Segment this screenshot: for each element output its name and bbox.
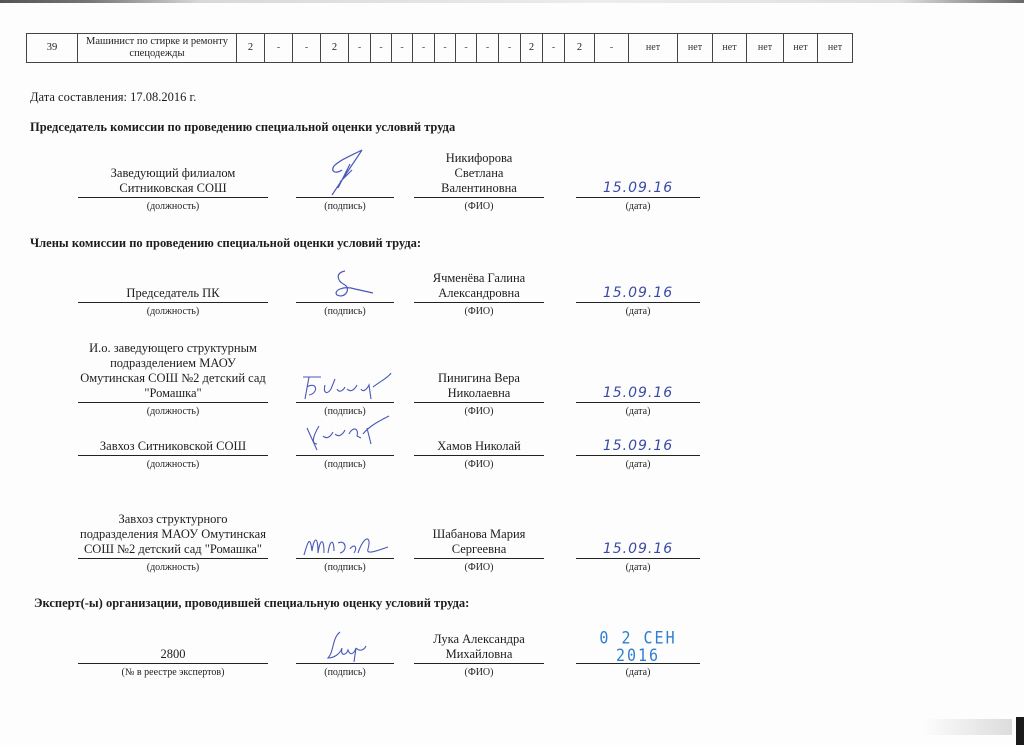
job-title: Машинист по стирке и ремонту спецодежды [78, 34, 237, 63]
expert-fio: Лука Александра Михайловна [419, 632, 539, 662]
signature-caption: (подпись) [296, 201, 394, 213]
table-cell: нет [678, 34, 713, 63]
table-cell: - [456, 34, 477, 63]
scan-edge-mark [1016, 717, 1024, 745]
expert-signature-field: (подпись) [296, 628, 394, 679]
position-caption: (должность) [78, 562, 268, 574]
chairman-position-field: Заведующий филиалом Ситниковская СОШ (до… [78, 148, 268, 213]
date-caption: (дата) [576, 459, 700, 471]
table-cell: нет [629, 34, 678, 63]
member-2-position-field: И.о. заведующего структурным подразделен… [78, 337, 268, 418]
chairman-position: Заведующий филиалом Ситниковская СОШ [98, 166, 248, 196]
chairman-fio: Никифорова Светлана Валентиновна [429, 151, 529, 196]
table-cell: - [293, 34, 321, 63]
position-caption: (должность) [78, 406, 268, 418]
member-date: 15.09.16 [603, 542, 673, 557]
member-2-date-field: 15.09.16 (дата) [576, 337, 700, 418]
fio-caption: (ФИО) [414, 459, 544, 471]
signature-icon [310, 148, 380, 196]
signature-caption: (подпись) [296, 667, 394, 679]
date-stamp: 0 2 СЕН 2016 [576, 630, 700, 665]
signature-caption: (подпись) [296, 306, 394, 318]
table-cell: 2 [521, 34, 543, 63]
date-caption: (дата) [576, 406, 700, 418]
member-4-position-field: Завхоз структурного подразделения МАОУ О… [78, 493, 268, 574]
member-fio: Хамов Николай [437, 439, 520, 454]
position-caption: (должность) [78, 306, 268, 318]
chairman-date: 15.09.16 [603, 181, 673, 196]
member-2-signature-field: (подпись) [296, 337, 394, 418]
member-4-fio-field: Шабанова Мария Сергеевна (ФИО) [414, 493, 544, 574]
member-fio: Пинигина Вера Николаевна [429, 371, 529, 401]
results-table: 39 Машинист по стирке и ремонту спецодеж… [26, 33, 853, 63]
expert-fio-field: Лука Александра Михайловна (ФИО) [414, 628, 544, 679]
table-cell: 2 [565, 34, 595, 63]
fio-caption: (ФИО) [414, 406, 544, 418]
table-cell: - [499, 34, 521, 63]
member-4-date-field: 15.09.16 (дата) [576, 493, 700, 574]
signature-caption: (подпись) [296, 562, 394, 574]
fio-caption: (ФИО) [414, 562, 544, 574]
date-caption: (дата) [576, 562, 700, 574]
table-cell: нет [818, 34, 853, 63]
member-1-date-field: 15.09.16 (дата) [576, 267, 700, 318]
member-date: 15.09.16 [603, 286, 673, 301]
scan-edge-shadow [922, 719, 1012, 735]
table-cell: - [435, 34, 456, 63]
member-position: Председатель ПК [126, 286, 219, 301]
table-cell: - [265, 34, 293, 63]
chairman-fio-field: Никифорова Светлана Валентиновна (ФИО) [414, 148, 544, 213]
position-caption: (должность) [78, 459, 268, 471]
table-cell: - [371, 34, 392, 63]
fio-caption: (ФИО) [414, 667, 544, 679]
row-number: 39 [27, 34, 78, 63]
table-row: 39 Машинист по стирке и ремонту спецодеж… [27, 34, 853, 63]
expert-section-title: Эксперт(-ы) организации, проводившей спе… [34, 596, 469, 611]
date-caption: (дата) [576, 201, 700, 213]
table-cell: 2 [237, 34, 265, 63]
fio-caption: (ФИО) [414, 306, 544, 318]
signature-icon [297, 371, 393, 401]
scan-edge-shadow [0, 0, 1024, 3]
member-2-fio-field: Пинигина Вера Николаевна (ФИО) [414, 337, 544, 418]
compiled-date: Дата составления: 17.08.2016 г. [30, 90, 196, 105]
member-date: 15.09.16 [603, 386, 673, 401]
signature-icon [315, 267, 375, 301]
members-section-title: Члены комиссии по проведению специальной… [30, 236, 421, 251]
table-cell: - [392, 34, 413, 63]
table-cell: - [595, 34, 629, 63]
chairman-signature-field: (подпись) [296, 148, 394, 213]
member-fio: Ячменёва Галина Александровна [424, 271, 534, 301]
chairman-date-field: 15.09.16 (дата) [576, 148, 700, 213]
member-position: Завхоз Ситниковской СОШ [100, 439, 246, 454]
table-cell: - [349, 34, 371, 63]
table-cell: - [413, 34, 435, 63]
registry-caption: (№ в реестре экспертов) [78, 667, 268, 679]
member-3-signature-field: (подпись) [296, 420, 394, 471]
expert-registry-number: 2800 [161, 647, 186, 662]
member-1-signature-field: (подпись) [296, 267, 394, 318]
member-position: Завхоз структурного подразделения МАОУ О… [78, 512, 268, 557]
member-3-fio-field: Хамов Николай (ФИО) [414, 420, 544, 471]
signature-caption: (подпись) [296, 459, 394, 471]
signature-icon [320, 628, 370, 662]
signature-icon [300, 531, 390, 557]
table-cell: - [477, 34, 499, 63]
signature-icon [297, 414, 393, 454]
table-cell: 2 [321, 34, 349, 63]
table-cell: нет [713, 34, 747, 63]
chairman-section-title: Председатель комиссии по проведению спец… [30, 120, 455, 135]
expert-date-field: 0 2 СЕН 2016 (дата) [576, 628, 700, 679]
date-caption: (дата) [576, 306, 700, 318]
member-3-position-field: Завхоз Ситниковской СОШ (должность) [78, 420, 268, 471]
table-cell: нет [784, 34, 818, 63]
date-caption: (дата) [576, 667, 700, 679]
table-cell: нет [747, 34, 784, 63]
member-fio: Шабанова Мария Сергеевна [424, 527, 534, 557]
expert-registry-field: 2800 (№ в реестре экспертов) [78, 628, 268, 679]
fio-caption: (ФИО) [414, 201, 544, 213]
member-1-fio-field: Ячменёва Галина Александровна (ФИО) [414, 267, 544, 318]
member-4-signature-field: (подпись) [296, 493, 394, 574]
position-caption: (должность) [78, 201, 268, 213]
member-position: И.о. заведующего структурным подразделен… [78, 341, 268, 401]
member-date: 15.09.16 [603, 439, 673, 454]
table-cell: - [543, 34, 565, 63]
member-3-date-field: 15.09.16 (дата) [576, 420, 700, 471]
member-1-position-field: Председатель ПК (должность) [78, 267, 268, 318]
